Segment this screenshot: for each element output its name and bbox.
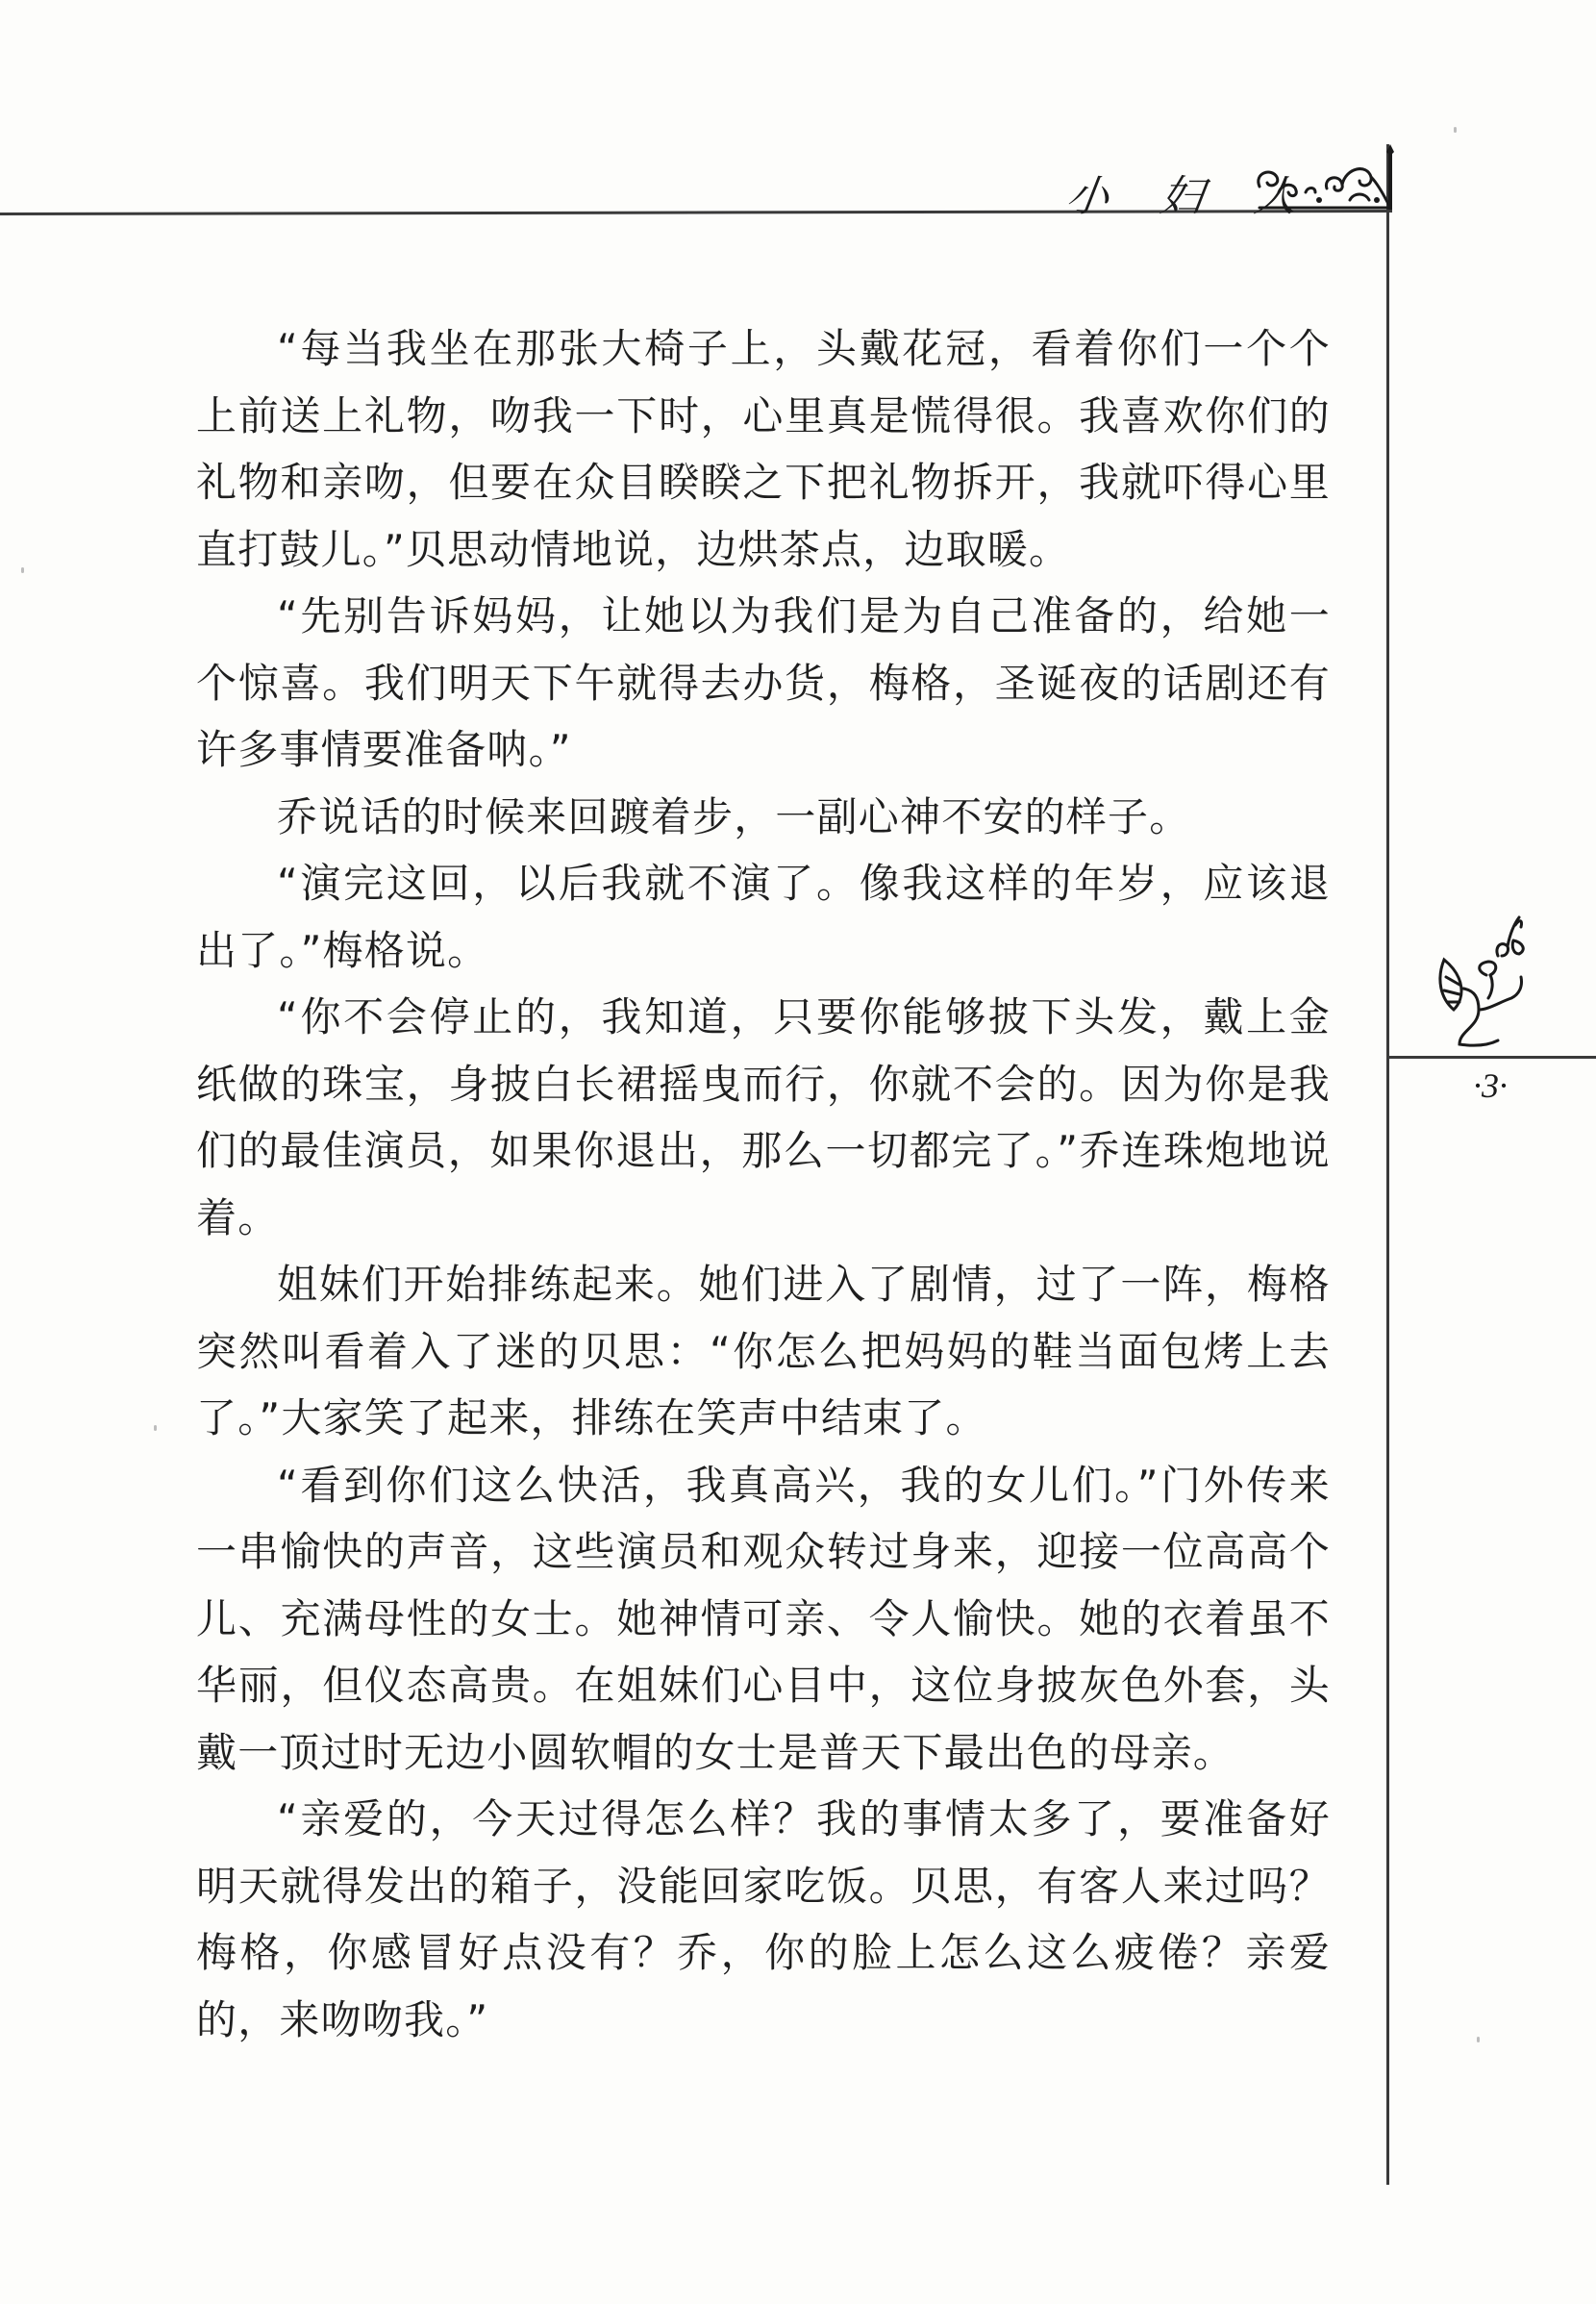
corner-scroll-ornament-icon: [1250, 144, 1396, 213]
margin-rule: [1386, 1056, 1596, 1059]
scan-speck: [154, 1425, 157, 1431]
paragraph: “你不会停止的，我知道，只要你能够披下头发，戴上金纸做的珠宝，身披白长裙摇曳而行…: [196, 984, 1331, 1251]
right-frame-line: [1386, 144, 1389, 2185]
paragraph: 姐妹们开始排练起来。她们进入了剧情，过了一阵，梅格突然叫看着入了迷的贝思：“你怎…: [196, 1251, 1331, 1452]
scan-speck: [1454, 127, 1457, 133]
book-page: 小 妇 人: [0, 0, 1596, 2304]
flower-ornament-icon: [1431, 902, 1546, 1056]
scan-speck: [21, 567, 24, 573]
scan-speck: [1477, 2037, 1480, 2042]
paragraph: 乔说话的时候来回踱着步，一副心神不安的样子。: [196, 784, 1331, 851]
paragraph: “演完这回，以后我就不演了。像我这样的年岁，应该退出了。”梅格说。: [196, 850, 1331, 984]
body-text: “每当我坐在那张大椅子上，头戴花冠，看着你们一个个上前送上礼物，吻我一下时，心里…: [196, 315, 1331, 2053]
paragraph: “先别告诉妈妈，让她以为我们是为自己准备的，给她一个惊喜。我们明天下午就得去办货…: [196, 583, 1331, 784]
paragraph: “亲爱的，今天过得怎么样？我的事情太多了，要准备好明天就得发出的箱子，没能回家吃…: [196, 1786, 1331, 2053]
paragraph: “每当我坐在那张大椅子上，头戴花冠，看着你们一个个上前送上礼物，吻我一下时，心里…: [196, 315, 1331, 583]
paragraph: “看到你们这么快活，我真高兴，我的女儿们。”门外传来一串愉快的声音，这些演员和观…: [196, 1452, 1331, 1787]
page-number: ·3·: [1442, 1065, 1538, 1106]
